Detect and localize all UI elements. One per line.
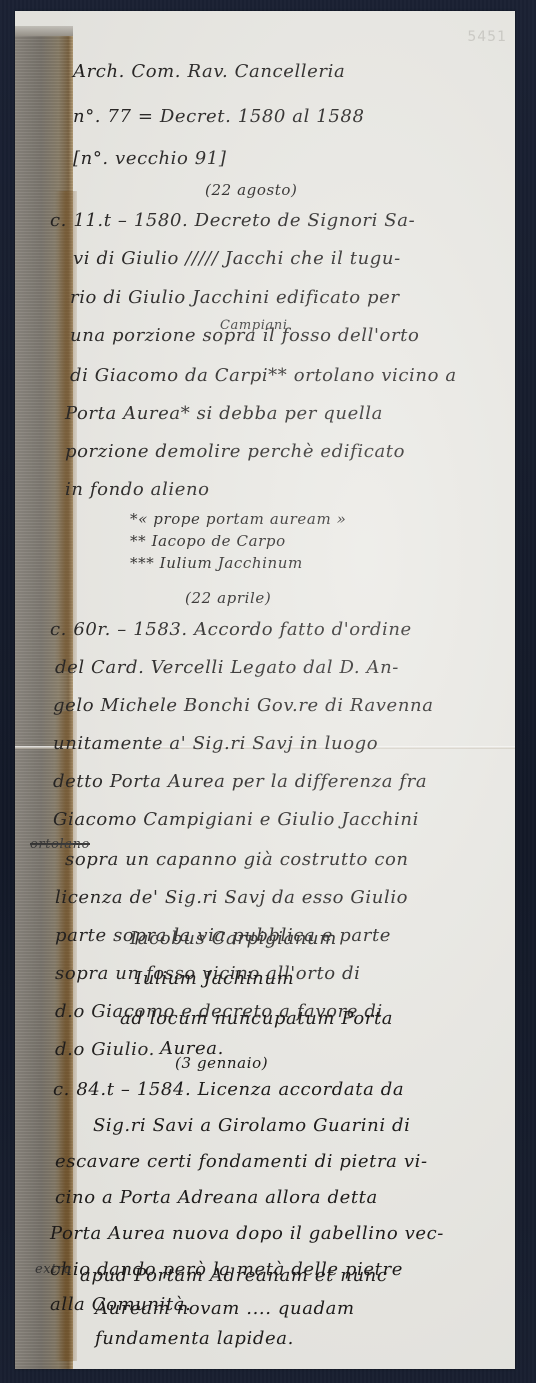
latin-quote-line: fundamenta lapidea. <box>95 1328 294 1349</box>
margin-label: extra <box>35 1262 72 1277</box>
latin-quote-line: Auream novam .... quadam <box>95 1298 355 1319</box>
handwritten-text-footer: extra apud Portam Adreanam et nunc Aurea… <box>15 0 515 1383</box>
latin-quote-line: apud Portam Adreanam et nunc <box>80 1265 388 1286</box>
